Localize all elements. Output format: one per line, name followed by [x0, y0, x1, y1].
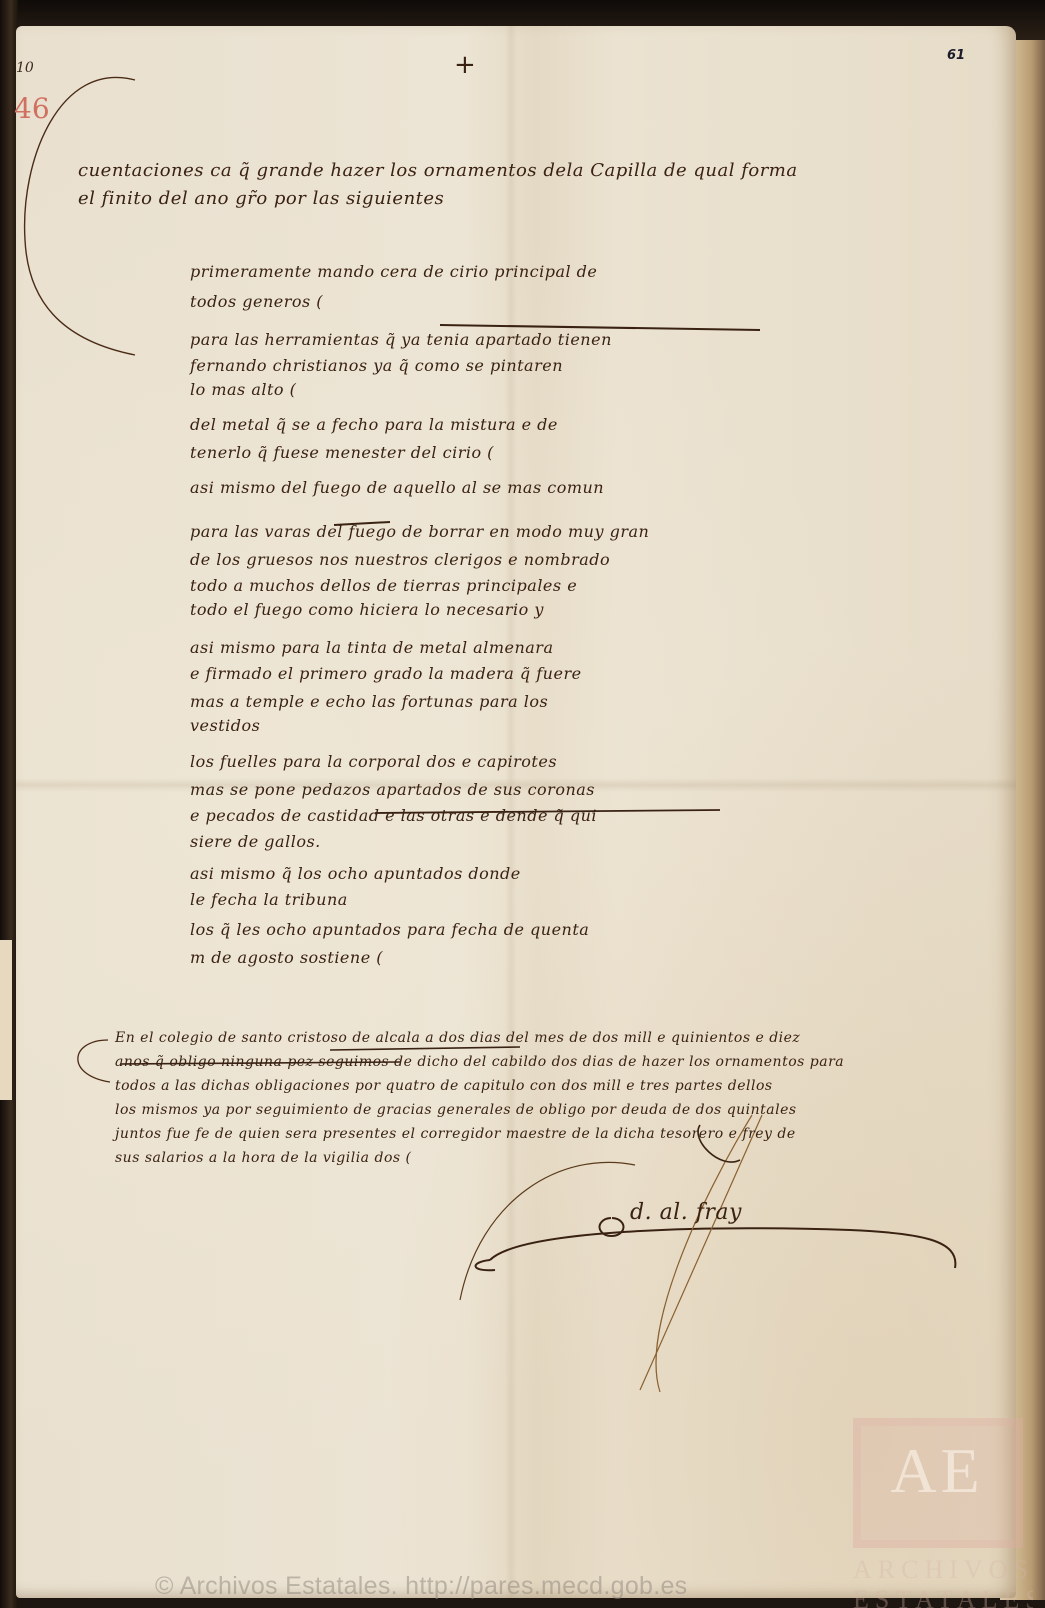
entry-7-line-3: e pecados de castidad e las otras e dend… — [190, 806, 597, 825]
entry-5-line-3: todo a muchos dellos de tierras principa… — [190, 576, 577, 595]
logo-text: ARCHIVOS ESTATALES — [853, 1555, 1033, 1608]
entry-4-line-1: asi mismo del fuego de aquello al se mas… — [190, 478, 604, 497]
entry-6-line-4: vestidos — [190, 716, 260, 735]
entry-2-line-3: lo mas alto ( — [190, 380, 296, 399]
entry-7-line-2: mas se pone pedazos apartados de sus cor… — [190, 780, 595, 799]
entry-3-line-1: del metal q̃ se a fecho para la mistura … — [190, 415, 558, 434]
signature: d. al. fray — [630, 1200, 742, 1225]
folio-number: 61 — [947, 48, 965, 63]
entry-2-line-2: fernando christianos ya q̃ como se pinta… — [190, 356, 563, 375]
entry-6-line-2: e firmado el primero grado la madera q̃ … — [190, 664, 582, 683]
entry-5-line-1: para las varas del fuego de borrar en mo… — [190, 522, 649, 541]
archivos-estatales-logo: AE — [853, 1418, 1023, 1548]
closing-line-4: los mismos ya por seguimiento de gracias… — [115, 1102, 797, 1118]
entry-9-line-1: los q̃ les ocho apuntados para fecha de … — [190, 920, 589, 939]
entry-6-line-1: asi mismo para la tinta de metal almenar… — [190, 638, 553, 657]
copyright-watermark: © Archivos Estatales. http://pares.mecd.… — [155, 1572, 687, 1601]
closing-line-6: sus salarios a la hora de la vigilia dos… — [115, 1150, 411, 1166]
pen-flourishes — [0, 0, 1045, 1608]
closing-line-5: juntos fue fe de quien sera presentes el… — [115, 1126, 796, 1142]
entry-2-line-1: para las herramientas q̃ ya tenia aparta… — [190, 330, 612, 349]
entry-1-line-1: primeramente mando cera de cirio princip… — [190, 262, 597, 281]
entry-9-line-2: m de agosto sostiene ( — [190, 948, 383, 967]
entry-7-line-1: los fuelles para la corporal dos e capir… — [190, 752, 557, 771]
closing-line-1: En el colegio de santo cristoso de alcal… — [115, 1030, 800, 1046]
entry-3-line-2: tenerlo q̃ fuese menester del cirio ( — [190, 443, 494, 462]
margin-mark-red-46: 46 — [14, 92, 50, 125]
entry-5-line-2: de los gruesos nos nuestros clerigos e n… — [190, 550, 610, 569]
entry-8-line-1: asi mismo q̃ los ocho apuntados donde — [190, 864, 521, 883]
heading-line-1: cuentaciones ca q̃ grande hazer los orna… — [78, 160, 798, 181]
entry-6-line-3: mas a temple e echo las fortunas para lo… — [190, 692, 548, 711]
closing-line-2: anos q̃ obligo ninguna pez seguimos de d… — [115, 1054, 844, 1070]
margin-mark-10: 10 — [16, 60, 34, 76]
heading-line-2: el finito del ano gr̃o por las siguiente… — [78, 188, 444, 209]
closing-line-3: todos a las dichas obligaciones por quat… — [115, 1078, 773, 1094]
entry-8-line-2: le fecha la tribuna — [190, 890, 348, 909]
entry-7-line-4: siere de gallos. — [190, 832, 321, 851]
logo-mark: AE — [871, 1434, 1003, 1508]
entry-1-line-2: todos generos ( — [190, 292, 323, 311]
cross-icon: + — [454, 50, 476, 80]
entry-5-line-4: todo el fuego como hiciera lo necesario … — [190, 600, 544, 619]
